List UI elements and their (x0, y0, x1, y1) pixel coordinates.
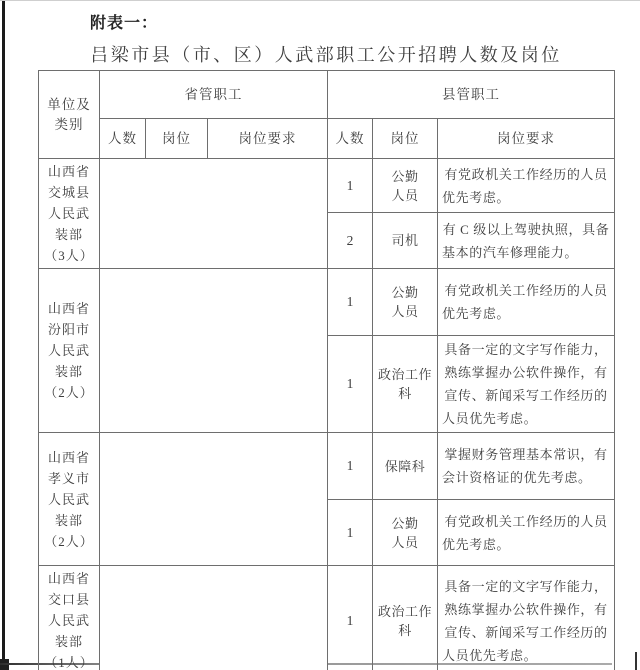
requirement-cell: 有党政机关工作经历的人员优先考虑。 (438, 500, 615, 566)
requirement-cell: 有 C 级以上驾驶执照，具备基本的汽车修理能力。 (438, 213, 615, 269)
position-cell: 公勤 人员 (373, 159, 438, 213)
position-cell: 保障科 (373, 433, 438, 500)
count-cell: 1 (328, 566, 373, 670)
count-cell: 1 (328, 159, 373, 213)
header-row-columns: 人数 岗位 岗位要求 人数 岗位 岗位要求 (39, 119, 615, 159)
requirement-cell: 有党政机关工作经历的人员优先考虑。 (438, 159, 615, 213)
province-empty-cell (100, 159, 328, 269)
header-province-group: 省管职工 (100, 71, 328, 119)
province-empty-cell (100, 433, 328, 566)
position-cell: 司机 (373, 213, 438, 269)
count-cell: 1 (328, 269, 373, 336)
count-cell: 2 (328, 213, 373, 269)
recruitment-table: 单位及 类别 省管职工 县管职工 人数 岗位 岗位要求 人数 岗位 岗位要求 山… (38, 70, 615, 670)
scan-edge-bottom-right (635, 652, 637, 670)
scan-edge-left (2, 0, 5, 670)
header-county-position: 岗位 (373, 119, 438, 159)
table-row: 山西省 汾阳市 人民武 装部 （2人） 1 公勤 人员 有党政机关工作经历的人员… (39, 269, 615, 336)
unit-cell: 山西省 交口县 人民武 装部 （1人） (39, 566, 100, 670)
province-empty-cell (100, 566, 328, 670)
count-cell: 1 (328, 336, 373, 433)
count-cell: 1 (328, 433, 373, 500)
position-cell: 公勤 人员 (373, 500, 438, 566)
unit-cell: 山西省 交城县 人民武 装部 （3人） (39, 159, 100, 269)
position-cell: 公勤 人员 (373, 269, 438, 336)
document-title: 吕梁市县（市、区）人武部职工公开招聘人数及岗位 (38, 41, 614, 67)
header-county-requirements: 岗位要求 (438, 119, 615, 159)
header-county-group: 县管职工 (328, 71, 615, 119)
header-row-groups: 单位及 类别 省管职工 县管职工 (39, 71, 615, 119)
requirement-cell: 有党政机关工作经历的人员优先考虑。 (438, 269, 615, 336)
header-unit-category: 单位及 类别 (39, 71, 100, 159)
position-cell: 政治工作 科 (373, 336, 438, 433)
unit-cell: 山西省 汾阳市 人民武 装部 （2人） (39, 269, 100, 433)
table-row: 山西省 交口县 人民武 装部 （1人） 1 政治工作 科 具备一定的文字写作能力… (39, 566, 615, 670)
header-province-requirements: 岗位要求 (208, 119, 328, 159)
count-cell: 1 (328, 500, 373, 566)
annex-label: 附表一： (90, 10, 158, 33)
table-row: 山西省 孝义市 人民武 装部 （2人） 1 保障科 掌握财务管理基本常识，有会计… (39, 433, 615, 500)
unit-cell: 山西省 孝义市 人民武 装部 （2人） (39, 433, 100, 566)
header-province-count: 人数 (100, 119, 146, 159)
scanned-document-page: 附表一： 吕梁市县（市、区）人武部职工公开招聘人数及岗位 单位及 类别 省管职工… (0, 0, 640, 670)
header-province-position: 岗位 (146, 119, 208, 159)
requirement-cell: 掌握财务管理基本常识，有会计资格证的优先考虑。 (438, 433, 615, 500)
position-cell: 政治工作 科 (373, 566, 438, 670)
requirement-cell: 具备一定的文字写作能力，熟练掌握办公软件操作，有宣传、新闻采写工作经历的人员优先… (438, 566, 615, 670)
header-county-count: 人数 (328, 119, 373, 159)
province-empty-cell (100, 269, 328, 433)
scan-edge-top (0, 0, 640, 1)
table-row: 山西省 交城县 人民武 装部 （3人） 1 公勤 人员 有党政机关工作经历的人员… (39, 159, 615, 213)
requirement-cell: 具备一定的文字写作能力，熟练掌握办公软件操作，有宣传、新闻采写工作经历的人员优先… (438, 336, 615, 433)
